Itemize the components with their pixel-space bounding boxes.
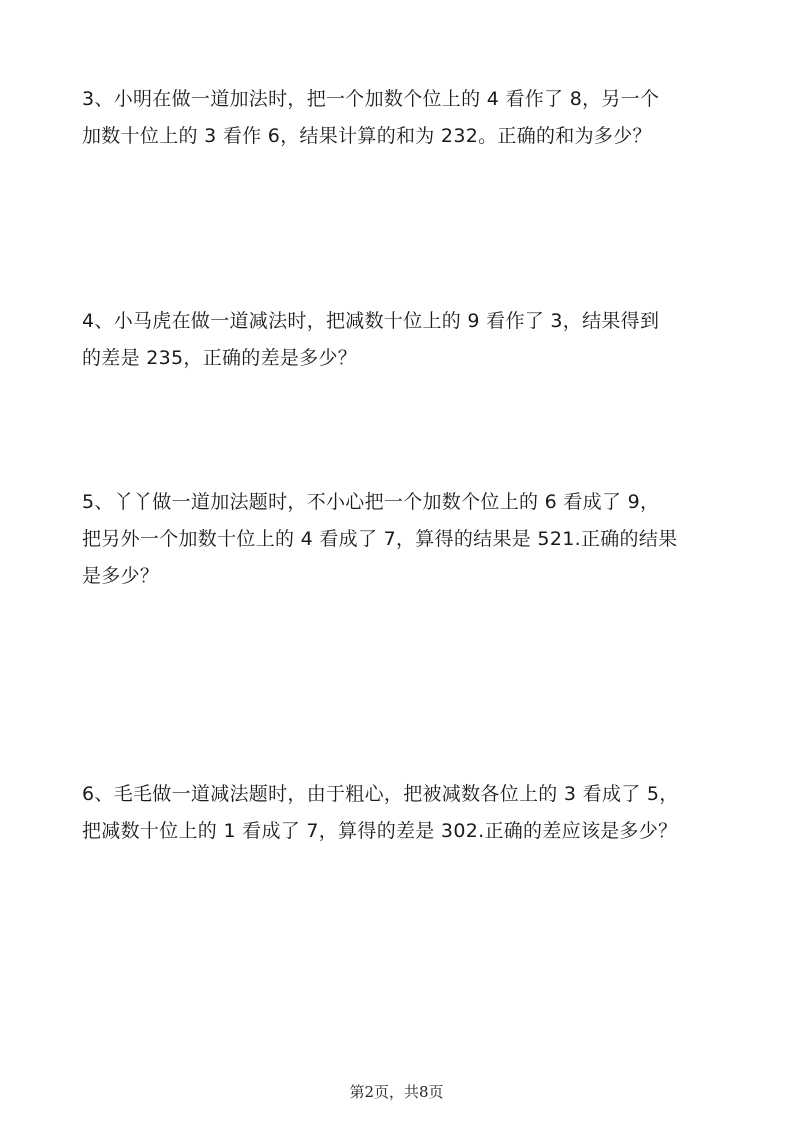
question-5-line-2: 把另外一个加数十位上的 4 看成了 7，算得的结果是 521.正确的结果 [82, 521, 722, 558]
question-5-line-3: 是多少？ [82, 558, 722, 595]
question-4-line-2: 的差是 235，正确的差是多少？ [82, 340, 722, 377]
question-5-line-1: 5、丫丫做一道加法题时，不小心把一个加数个位上的 6 看成了 9， [82, 484, 722, 521]
question-3-line-2: 加数十位上的 3 看作 6，结果计算的和为 232。正确的和为多少？ [82, 118, 722, 155]
page-number-footer: 第2页，共8页 [0, 1081, 793, 1102]
question-6-line-1: 6、毛毛做一道减法题时，由于粗心，把被减数各位上的 3 看成了 5， [82, 776, 722, 813]
question-4-line-1: 4、小马虎在做一道减法时，把减数十位上的 9 看作了 3，结果得到 [82, 303, 722, 340]
question-4: 4、小马虎在做一道减法时，把减数十位上的 9 看作了 3，结果得到 的差是 23… [82, 303, 722, 377]
question-6-line-2: 把减数十位上的 1 看成了 7，算得的差是 302.正确的差应该是多少？ [82, 813, 722, 850]
question-5: 5、丫丫做一道加法题时，不小心把一个加数个位上的 6 看成了 9， 把另外一个加… [82, 484, 722, 595]
document-page: 3、小明在做一道加法时，把一个加数个位上的 4 看作了 8，另一个 加数十位上的… [0, 0, 793, 1122]
question-6: 6、毛毛做一道减法题时，由于粗心，把被减数各位上的 3 看成了 5， 把减数十位… [82, 776, 722, 850]
question-3: 3、小明在做一道加法时，把一个加数个位上的 4 看作了 8，另一个 加数十位上的… [82, 81, 722, 155]
question-3-line-1: 3、小明在做一道加法时，把一个加数个位上的 4 看作了 8，另一个 [82, 81, 722, 118]
